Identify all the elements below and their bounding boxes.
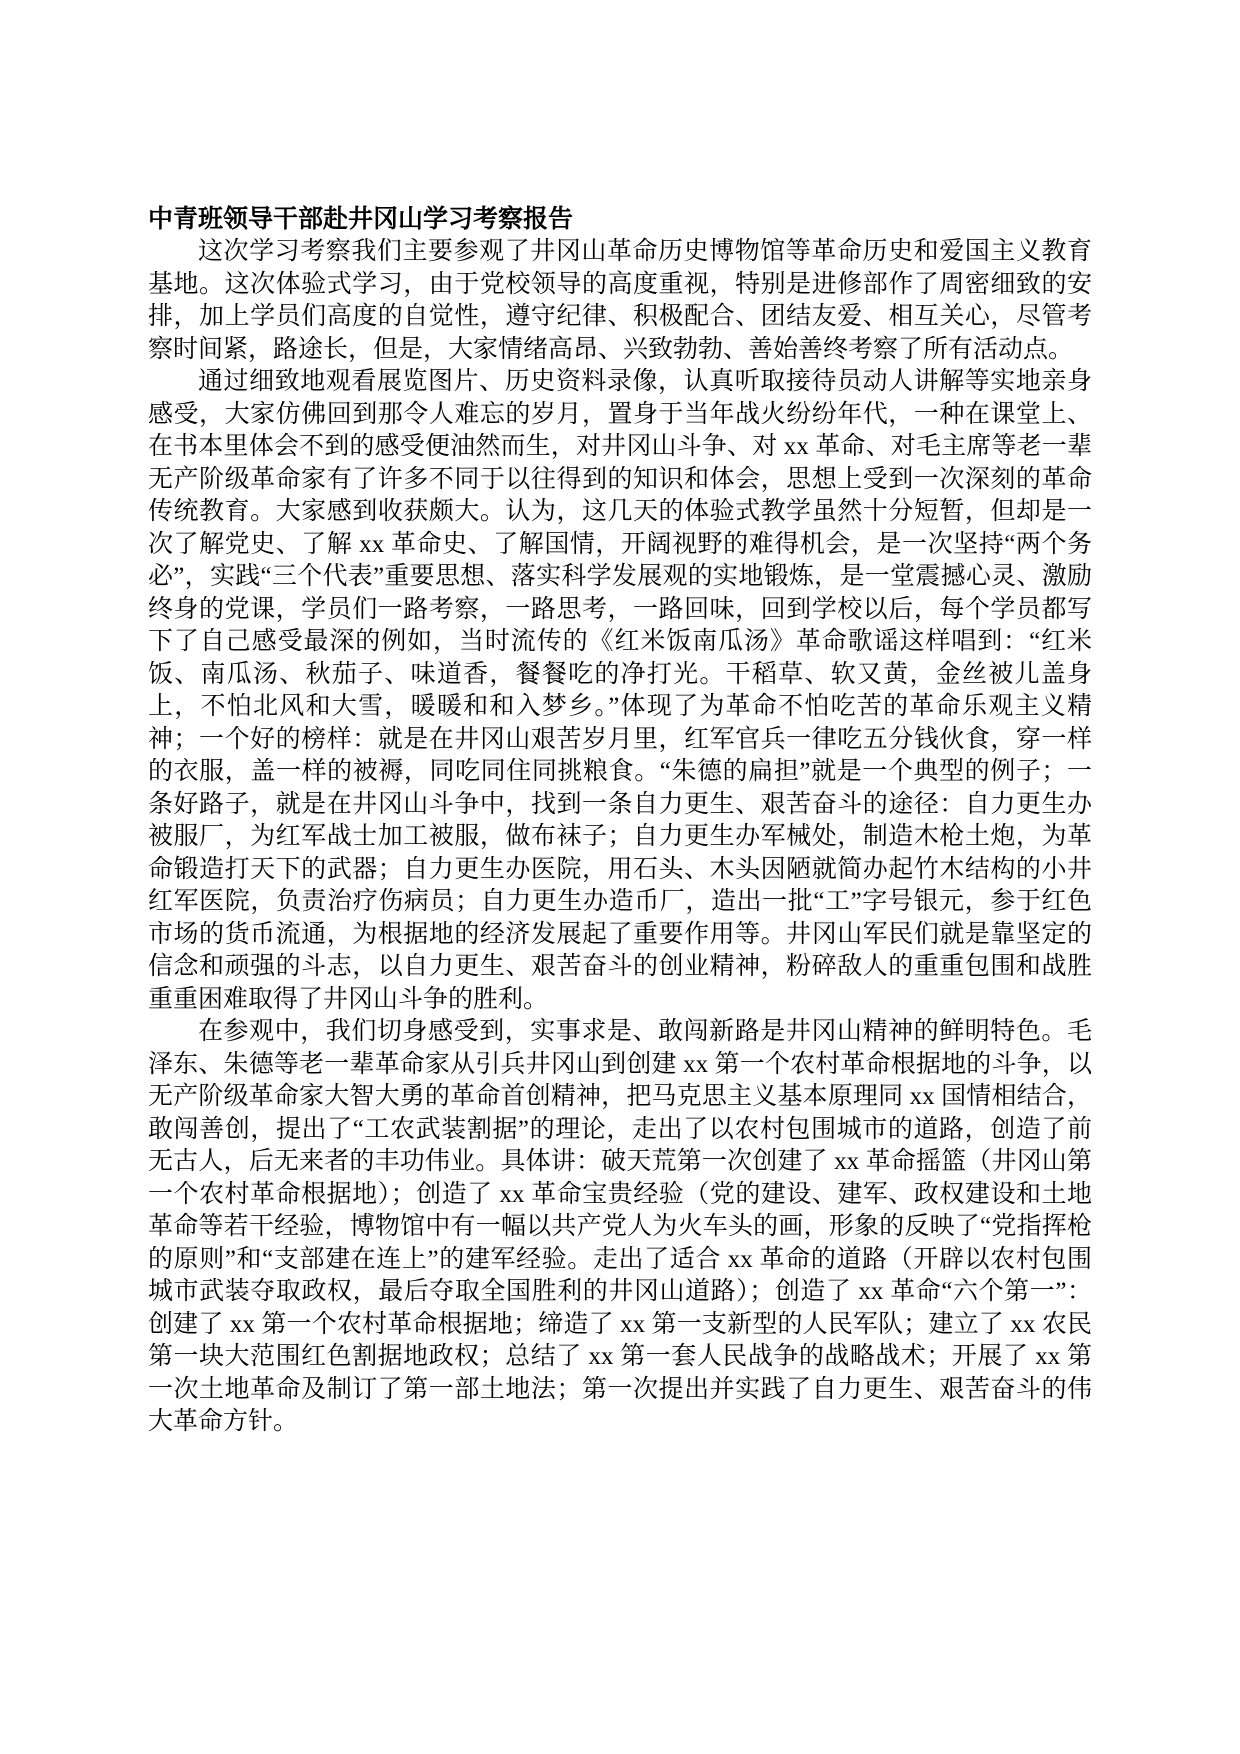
paragraph-experience: 通过细致地观看展览图片、历史资料录像，认真听取接待员动人讲解等实地亲身感受，大家… <box>148 366 1092 1016</box>
paragraph-spirit: 在参观中，我们切身感受到，实事求是、敢闯新路是井冈山精神的鲜明特色。毛泽东、朱德… <box>148 1016 1092 1439</box>
document-page: 中青班领导干部赴井冈山学习考察报告 这次学习考察我们主要参观了井冈山革命历史博物… <box>148 203 1092 1439</box>
paragraph-overview: 这次学习考察我们主要参观了井冈山革命历史博物馆等革命历史和爱国主义教育基地。这次… <box>148 236 1092 366</box>
document-title: 中青班领导干部赴井冈山学习考察报告 <box>148 203 1092 236</box>
